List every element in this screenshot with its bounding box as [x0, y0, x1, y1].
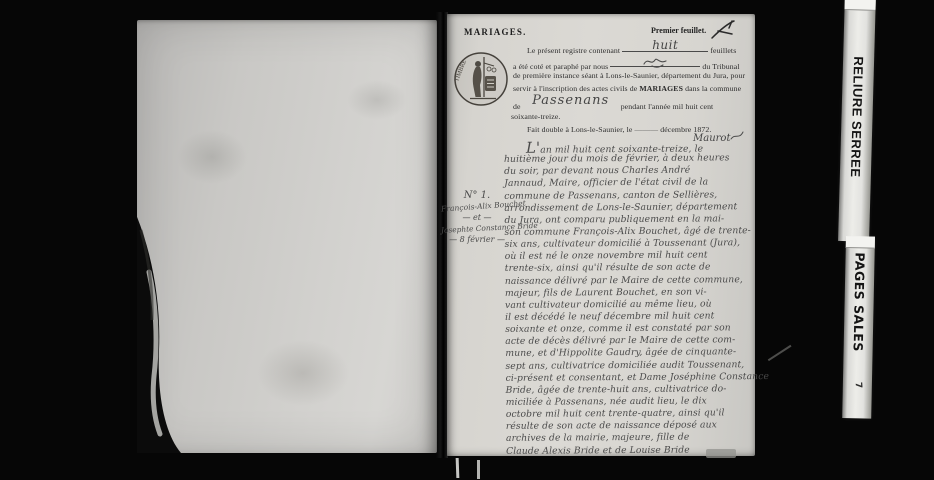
act-date: — 8 février — [441, 234, 513, 245]
tribunal-paraph-icon [642, 56, 668, 68]
printed-text: pendant l'année mil huit cent [621, 102, 714, 111]
printed-text-bold: MARIAGES [639, 84, 683, 93]
folio-label: Premier feuillet. [651, 26, 706, 35]
condition-label-reliure-serree: RELIURE SERREE [838, 0, 876, 242]
act-text-line: Bride, âgée de trente-huit ans, cultivat… [506, 383, 752, 397]
form-line-2: a été coté et paraphé par nous du Tribun… [513, 57, 740, 71]
printed-text: du Tribunal [702, 62, 739, 71]
surface-scratch [768, 345, 791, 361]
register-first-leaf: MARIAGES. Premier feuillet. TIMBRE Le pr… [447, 14, 755, 456]
printed-text: feuillets [710, 46, 736, 55]
act-text-line: résulte de son acte de naissance déposé … [506, 419, 752, 433]
left-blank-page [137, 20, 437, 453]
strip-end-cap [844, 0, 875, 11]
page-edge-mark [456, 458, 460, 478]
condition-label-pages-sales: PAGES SALES 7 [842, 236, 875, 419]
form-line-3: de première instance séant à Lons-le-Sau… [513, 71, 745, 80]
fiscal-stamp-icon: TIMBRE [452, 50, 510, 108]
form-line-6: soixante-treize. [511, 112, 560, 121]
paper-stain [347, 80, 407, 120]
binding-strap-shadow [137, 20, 197, 453]
folio-paraph-icon [709, 19, 737, 41]
blank-dash: ——— [634, 125, 658, 134]
printed-text: servir à l'inscription des actes civils … [513, 84, 637, 93]
handwritten-fill: Passenans [532, 93, 609, 108]
handwritten-fill: huit [652, 38, 678, 52]
form-line-1: Le présent registre contenant huit feuil… [527, 42, 736, 55]
act-text-line: mune, et d'Hippolite Gaudry, âgée de cin… [505, 347, 751, 361]
strip-end-cap [846, 236, 875, 249]
fill-line: Passenans [523, 98, 619, 107]
printed-text: Fait double à Lons-le-Saunier, le [527, 125, 632, 134]
form-line-5: de Passenans pendant l'année mil huit ce… [513, 98, 713, 111]
fill-line: huit [622, 42, 708, 52]
act-margin-notes: N° 1. François-Alix Bouchet — et — Josep… [441, 190, 513, 245]
form-line-7: Fait double à Lons-le-Saunier, le ——— dé… [527, 125, 711, 134]
fill-line [610, 57, 700, 67]
printed-text: a été coté et paraphé par nous [513, 62, 608, 71]
act-text-line: naissance délivré par le Maire de cette … [505, 274, 751, 288]
act-text-line: huitième jour du mois de février, à deux… [504, 152, 750, 166]
act-text-line: six ans, cultivateur domicilié à Toussen… [505, 237, 751, 251]
strip-scribble: 7 [852, 382, 862, 389]
printed-text: Le présent registre contenant [527, 46, 620, 55]
strip-label: PAGES SALES [851, 252, 868, 352]
printed-text: dans la commune [685, 84, 741, 93]
paper-stain [257, 340, 349, 406]
section-title: MARIAGES. [464, 27, 527, 37]
page-edge-mark [477, 460, 480, 479]
page-edge-mark [706, 449, 736, 458]
printed-text: de [513, 102, 521, 111]
scanned-register-spread: MARIAGES. Premier feuillet. TIMBRE Le pr… [0, 0, 934, 480]
marriage-act-body: L'an mil huit cent soixante-treize, le h… [504, 140, 752, 457]
strip-label: RELIURE SERREE [848, 56, 866, 178]
form-line-4: servir à l'inscription des actes civils … [513, 84, 741, 93]
